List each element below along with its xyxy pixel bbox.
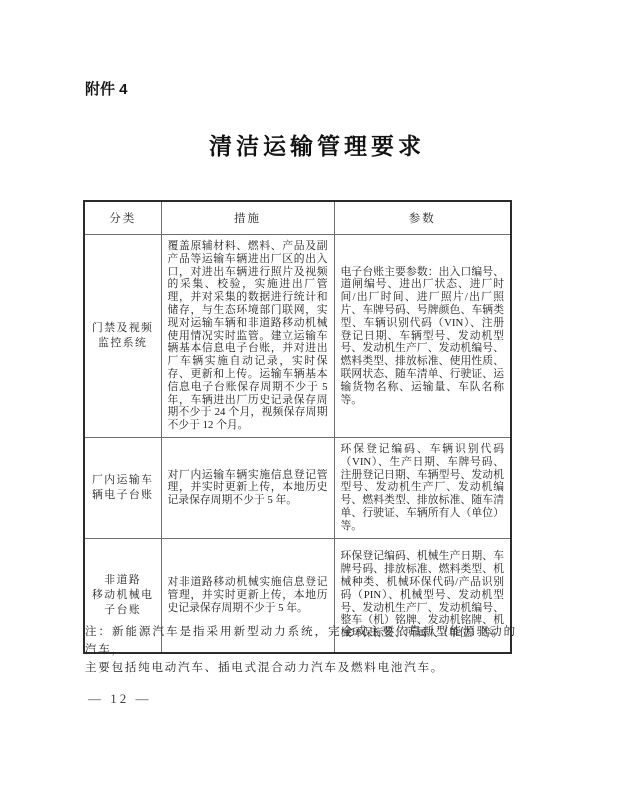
document-page: 附件 4 清洁运输管理要求 分类 措施 参数 门禁及视频 监控系统 覆盖原辅材料… bbox=[0, 0, 634, 796]
page-number: — 12 — bbox=[88, 691, 152, 707]
table-header-row: 分类 措施 参数 bbox=[84, 201, 511, 235]
col-header-measures: 措施 bbox=[161, 201, 334, 235]
cell-parameters: 环保登记编码、车辆识别代码（VIN）、生产日期、车牌号码、注册登记日期、车辆型号… bbox=[334, 437, 511, 538]
attachment-label: 附件 4 bbox=[85, 78, 128, 99]
cell-parameters: 电子台账主要参数：出入口编号、道闸编号、进出厂状态、进厂时间/出厂时间、进厂照片… bbox=[334, 235, 511, 438]
requirements-table: 分类 措施 参数 门禁及视频 监控系统 覆盖原辅材料、燃料、产品及副产品等运输车… bbox=[83, 200, 512, 654]
col-header-category: 分类 bbox=[84, 201, 161, 235]
cell-category: 门禁及视频 监控系统 bbox=[84, 235, 161, 438]
cell-category: 厂内运输车 辆电子台账 bbox=[84, 437, 161, 538]
cell-measure: 覆盖原辅材料、燃料、产品及副产品等运输车辆进出厂区的出入口，对进出车辆进行照片及… bbox=[161, 235, 334, 438]
footnote: 注：新能源汽车是指采用新型动力系统，完全或主要依靠新型能源驱动的汽车， 主要包括… bbox=[85, 623, 517, 677]
page-title: 清洁运输管理要求 bbox=[0, 128, 634, 161]
col-header-parameters: 参数 bbox=[334, 201, 511, 235]
table-row-access-control: 门禁及视频 监控系统 覆盖原辅材料、燃料、产品及副产品等运输车辆进出厂区的出入口… bbox=[84, 235, 511, 438]
table-row-onsite-vehicle-ledger: 厂内运输车 辆电子台账 对厂内运输车辆实施信息登记管理，并实时更新上传，本地历史… bbox=[84, 437, 511, 538]
cell-measure: 对厂内运输车辆实施信息登记管理，并实时更新上传，本地历史记录保存周期不少于 5 … bbox=[161, 437, 334, 538]
